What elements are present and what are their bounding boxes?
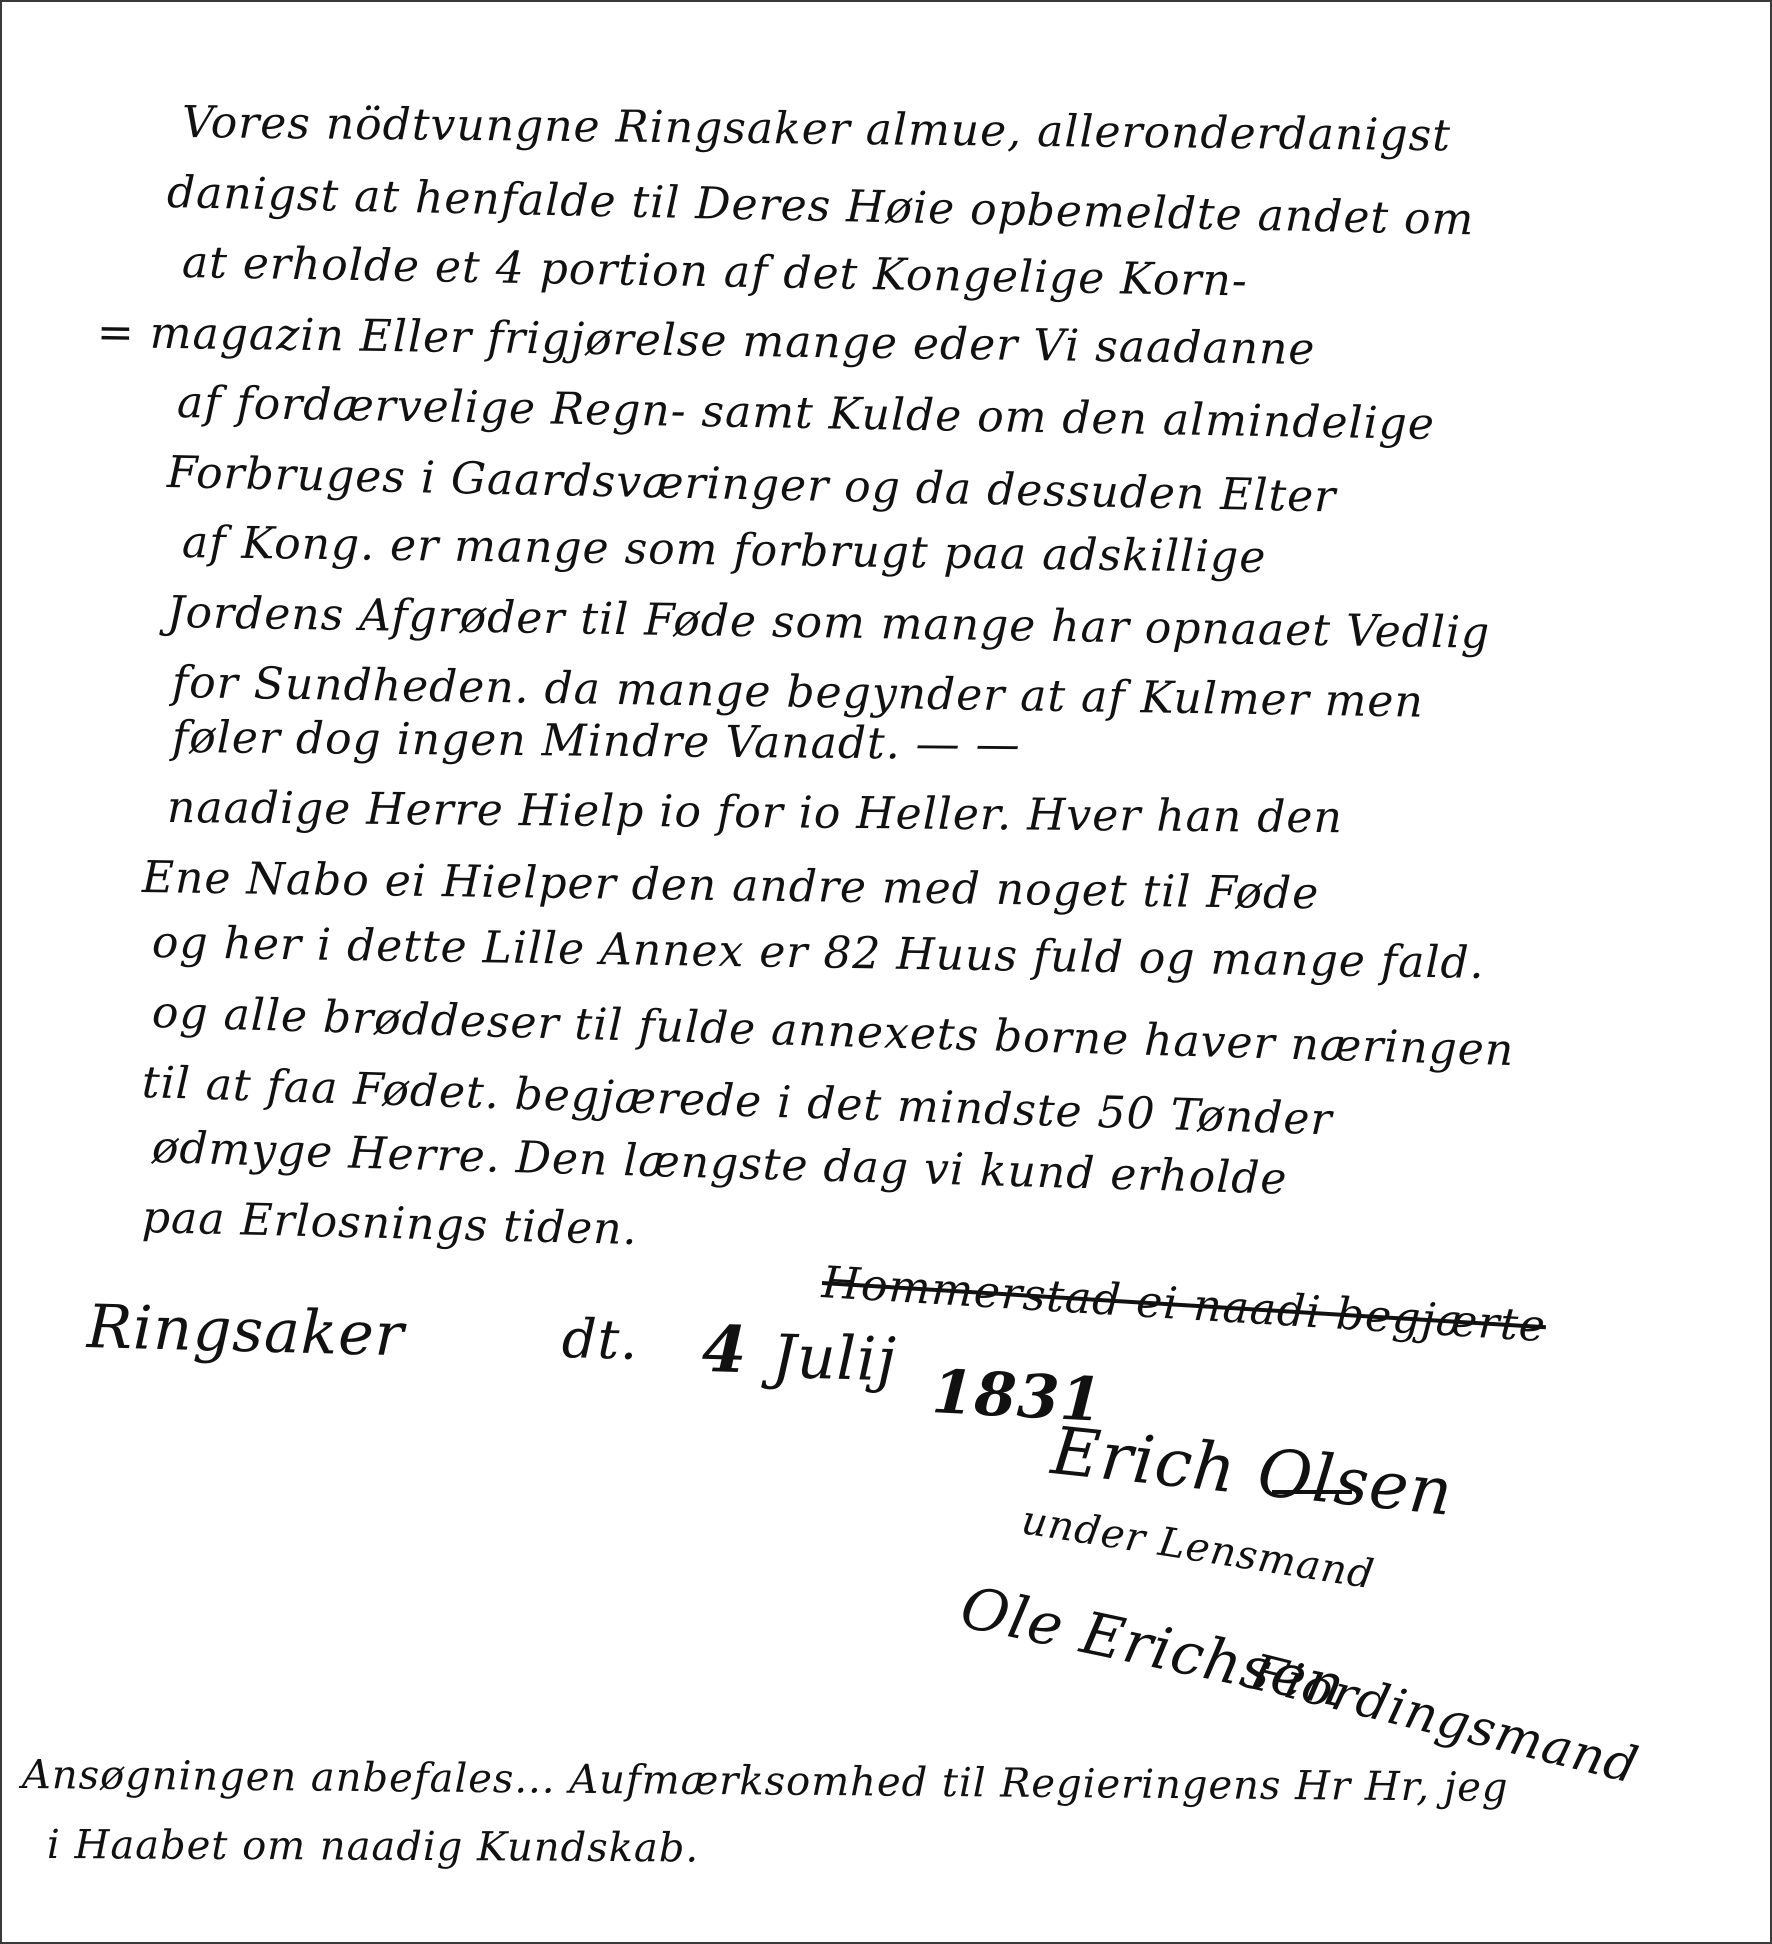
letter-line-17: paa Erlosnings tiden. (141, 1192, 638, 1255)
letter-line-3: at erholde et 4 portion af det Kongelige… (182, 237, 1249, 307)
letter-line-13: og her i dette Lille Annex er 82 Huus fu… (152, 917, 1485, 989)
dateline-prefix: dt. (561, 1307, 639, 1372)
dateline-day: 4 (701, 1312, 748, 1388)
letter-line-14: og alle brøddeser til fulde annexets bor… (151, 987, 1515, 1076)
postscript-line-2: i Haabet om naadig Kundskab. (47, 1822, 699, 1871)
signature-dash (1272, 1490, 1352, 1494)
letter-line-6: Forbruges i Gaardsværinger og da dessude… (166, 447, 1336, 522)
postscript-line-1: Ansøgningen anbefales... Aufmærksomhed t… (22, 1752, 1509, 1811)
letter-line-2: danigst at henfalde til Deres Høie opbem… (166, 167, 1474, 245)
letter-line-5: af fordærvelige Regn- samt Kulde om den … (177, 377, 1436, 450)
letter-line-8: Jordens Afgrøder til Føde som mange har … (167, 587, 1491, 659)
letter-line-10: føler dog ingen Mindre Vanadt. — — (172, 712, 1021, 770)
letter-line-11: naadige Herre Hielp io for io Heller. Hv… (167, 782, 1343, 843)
letter-line-7: af Kong. er mange som forbrugt paa adski… (182, 517, 1267, 583)
struck-through-text: Hommerstad ei naadi begjærte (820, 1257, 1547, 1352)
dateline-place: Ringsaker (86, 1292, 405, 1370)
document-page: Vores nödtvungne Ringsaker almue, allero… (0, 0, 1772, 1944)
letter-line-12: Ene Nabo ei Hielper den andre med noget … (142, 852, 1320, 919)
letter-line-4: = magazin Eller frigjørelse mange eder V… (97, 307, 1316, 375)
letter-line-1: Vores nödtvungne Ringsaker almue, allero… (182, 97, 1451, 161)
dateline-month: Julij (771, 1322, 897, 1395)
